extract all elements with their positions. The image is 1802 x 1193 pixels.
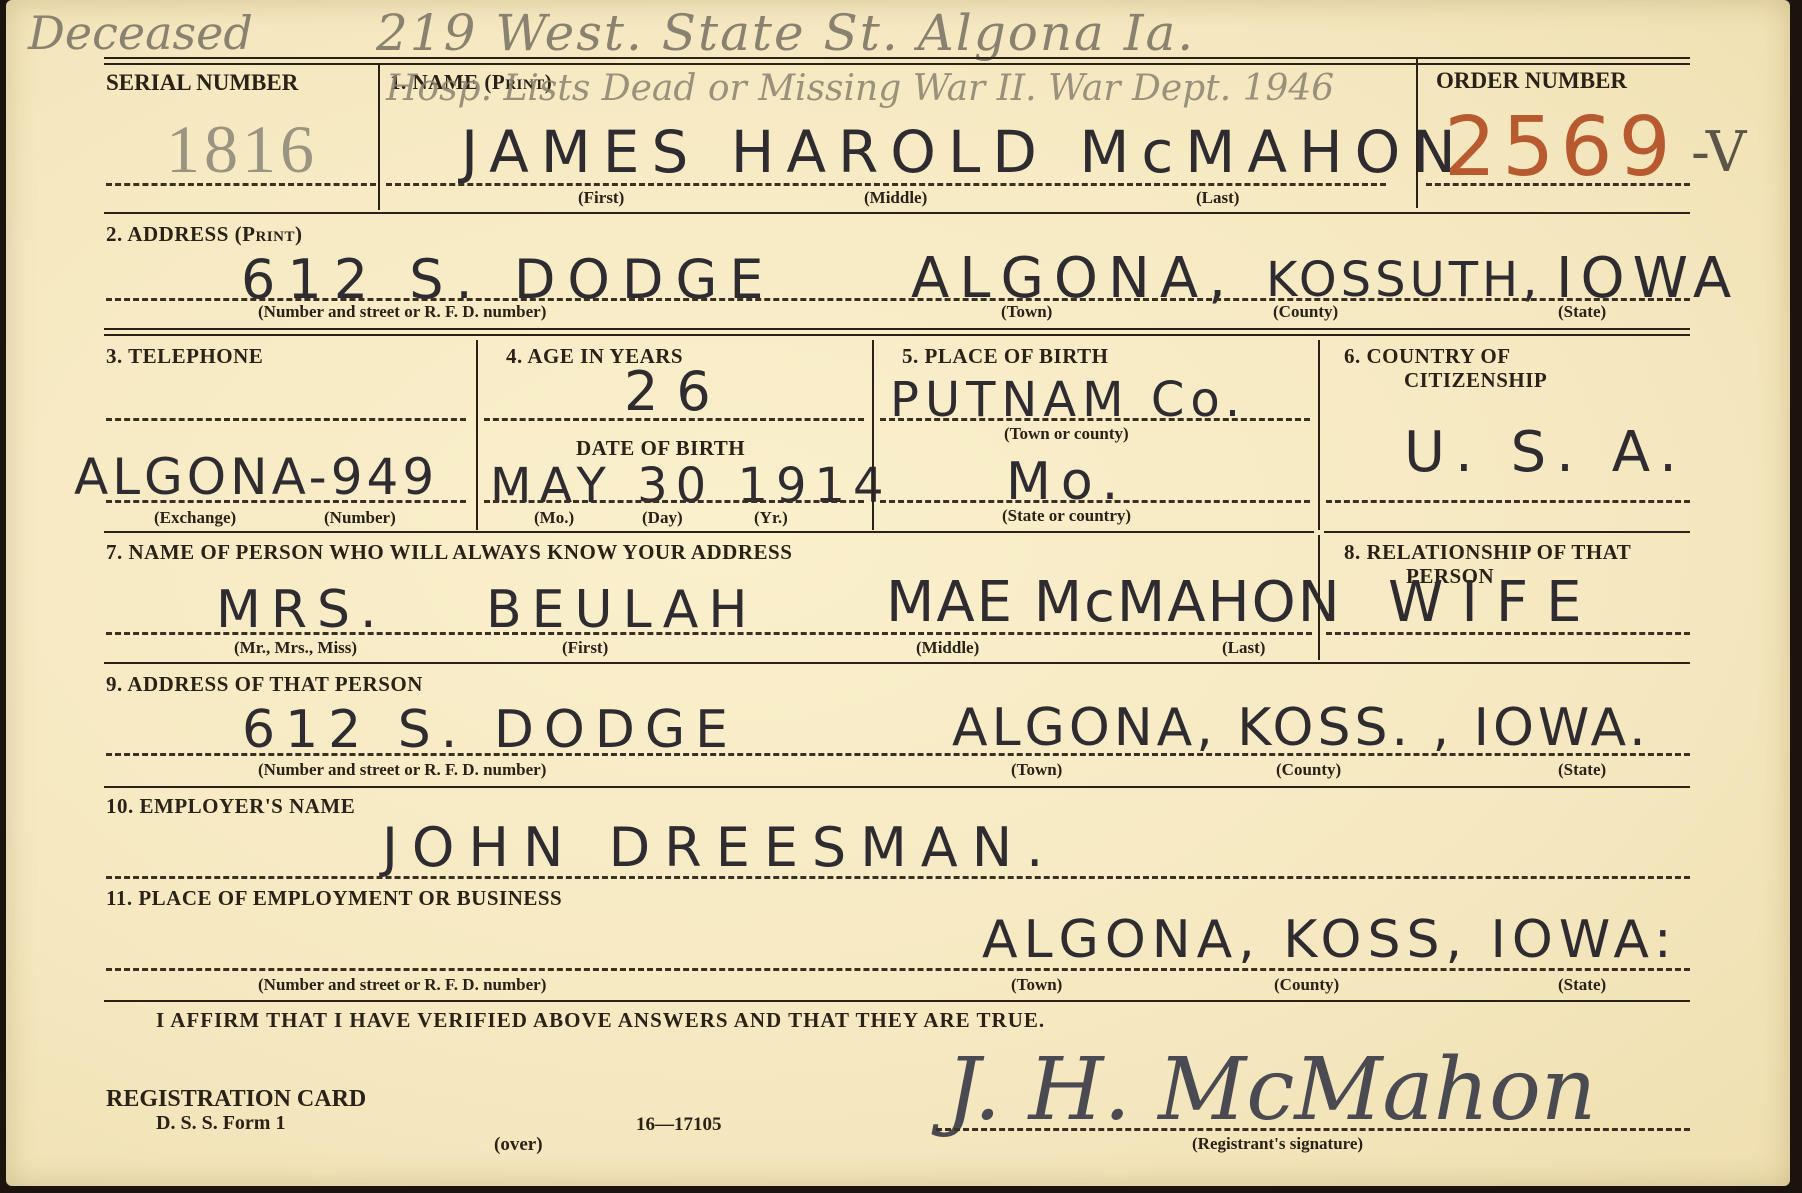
rule bbox=[104, 1000, 1690, 1002]
contact-address-town-county-state: ALGONA, KOSS. , IOWA. bbox=[952, 698, 1650, 758]
contact-person-label: 7. NAME OF PERSON WHO WILL ALWAYS KNOW Y… bbox=[106, 540, 792, 565]
dotted-line bbox=[1326, 500, 1690, 503]
top-address-annotation: 219 West. State St. Algona Ia. bbox=[376, 4, 1195, 62]
sub-street: (Number and street or R. F. D. number) bbox=[258, 975, 546, 995]
sub-street: (Number and street or R. F. D. number) bbox=[258, 760, 546, 780]
relationship-label-1: 8. RELATIONSHIP OF THAT bbox=[1344, 540, 1631, 565]
rule bbox=[104, 786, 1690, 788]
rule bbox=[1426, 57, 1690, 59]
divider bbox=[1416, 58, 1418, 208]
sub-year: (Yr.) bbox=[754, 508, 788, 528]
divider bbox=[378, 65, 380, 210]
dotted-line bbox=[106, 298, 1690, 301]
order-number-label: ORDER NUMBER bbox=[1436, 68, 1627, 94]
serial-number-value: 1816 bbox=[166, 110, 318, 189]
dotted-line bbox=[106, 500, 466, 503]
sub-town: (Town) bbox=[1011, 760, 1062, 780]
sub-state: (State) bbox=[1558, 975, 1606, 995]
contact-middle-last: MAE McMAHON bbox=[886, 570, 1342, 635]
signature-label: (Registrant's signature) bbox=[1192, 1134, 1363, 1154]
telephone-label: 3. TELEPHONE bbox=[106, 344, 263, 369]
sub-county: (County) bbox=[1273, 302, 1338, 322]
sub-state: (State) bbox=[1558, 760, 1606, 780]
sub-town-county: (Town or county) bbox=[1004, 424, 1129, 444]
citizenship-value: U. S. A. bbox=[1404, 420, 1687, 485]
serial-number-label: SERIAL NUMBER bbox=[106, 70, 298, 96]
registration-card: Deceased 219 West. State St. Algona Ia. … bbox=[6, 0, 1790, 1186]
dotted-line bbox=[484, 418, 864, 421]
sub-middle: (Middle) bbox=[864, 188, 927, 208]
dotted-line bbox=[106, 183, 376, 186]
sub-last: (Last) bbox=[1196, 188, 1239, 208]
divider bbox=[476, 340, 478, 530]
citizenship-label-2: CITIZENSHIP bbox=[1404, 368, 1547, 393]
order-suffix-annotation: -V bbox=[1691, 120, 1746, 185]
dotted-line bbox=[880, 418, 1310, 421]
dotted-line bbox=[386, 183, 1386, 186]
employer-label: 10. EMPLOYER'S NAME bbox=[106, 794, 355, 819]
registrant-signature: J. H. McMahon bbox=[946, 1040, 1596, 1140]
contact-first: BEULAH bbox=[486, 580, 757, 640]
place-of-employment-value: ALGONA, KOSS, IOWA: bbox=[982, 910, 1678, 970]
dotted-line bbox=[106, 876, 1690, 879]
birth-state-value: Mo. bbox=[1006, 452, 1128, 512]
name-annotation: Hosp. Lists Dead or Missing War II. War … bbox=[386, 68, 1334, 109]
age-value: 26 bbox=[624, 360, 729, 423]
dotted-line bbox=[106, 418, 466, 421]
sub-exchange: (Exchange) bbox=[154, 508, 236, 528]
dotted-line bbox=[106, 753, 1690, 756]
dotted-line bbox=[106, 632, 1312, 635]
rule bbox=[104, 662, 1690, 664]
sub-street: (Number and street or R. F. D. number) bbox=[258, 302, 546, 322]
rule bbox=[1324, 531, 1690, 533]
rule bbox=[104, 63, 1690, 65]
citizenship-label-1: 6. COUNTRY OF bbox=[1344, 344, 1511, 369]
rule bbox=[104, 212, 1690, 214]
name-value: JAMES HAROLD McMAHON bbox=[461, 118, 1468, 186]
dotted-line bbox=[1426, 183, 1690, 186]
affirmation-text: I AFFIRM THAT I HAVE VERIFIED ABOVE ANSW… bbox=[156, 1008, 1045, 1033]
sub-middle: (Middle) bbox=[916, 638, 979, 658]
rule bbox=[104, 531, 1314, 533]
over-note: (over) bbox=[494, 1134, 543, 1156]
dotted-line bbox=[484, 500, 864, 503]
sub-number: (Number) bbox=[324, 508, 396, 528]
sub-town: (Town) bbox=[1001, 302, 1052, 322]
divider bbox=[872, 340, 874, 530]
dotted-line bbox=[106, 968, 1690, 971]
telephone-value: ALGONA-949 bbox=[74, 448, 438, 506]
divider bbox=[1318, 340, 1320, 530]
address-town: ALGONA, bbox=[911, 246, 1236, 311]
sub-day: (Day) bbox=[642, 508, 683, 528]
address-label: 2. ADDRESS (Print) bbox=[106, 222, 302, 247]
place-of-employment-label: 11. PLACE OF EMPLOYMENT OR BUSINESS bbox=[106, 886, 562, 911]
dotted-line bbox=[1326, 632, 1690, 635]
sub-county: (County) bbox=[1274, 975, 1339, 995]
relationship-value: WIFE bbox=[1388, 570, 1599, 635]
sub-state: (State) bbox=[1558, 302, 1606, 322]
employer-value: JOHN DREESMAN. bbox=[382, 816, 1057, 879]
contact-address-label: 9. ADDRESS OF THAT PERSON bbox=[106, 672, 423, 697]
rule bbox=[104, 328, 1690, 330]
divider bbox=[1318, 535, 1320, 660]
dob-value: MAY 30 1914 bbox=[490, 458, 892, 514]
contact-title: MRS. bbox=[216, 580, 387, 640]
sub-last: (Last) bbox=[1222, 638, 1265, 658]
deceased-annotation: Deceased bbox=[28, 6, 253, 60]
registration-card-title: REGISTRATION CARD bbox=[106, 1086, 366, 1113]
contact-address-street: 612 S. DODGE bbox=[242, 700, 738, 760]
form-code: 16—17105 bbox=[636, 1114, 722, 1136]
sub-state-country: (State or country) bbox=[1002, 506, 1131, 526]
dotted-line bbox=[880, 500, 1310, 503]
signature-line bbox=[936, 1128, 1690, 1131]
sub-first: (First) bbox=[578, 188, 624, 208]
rule bbox=[104, 334, 1690, 336]
sub-county: (County) bbox=[1276, 760, 1341, 780]
sub-title: (Mr., Mrs., Miss) bbox=[234, 638, 357, 658]
sub-month: (Mo.) bbox=[534, 508, 574, 528]
place-of-birth-label: 5. PLACE OF BIRTH bbox=[902, 344, 1109, 369]
order-number-value: 2569 bbox=[1444, 100, 1677, 195]
form-name: D. S. S. Form 1 bbox=[156, 1112, 285, 1135]
sub-first: (First) bbox=[562, 638, 608, 658]
sub-town: (Town) bbox=[1011, 975, 1062, 995]
